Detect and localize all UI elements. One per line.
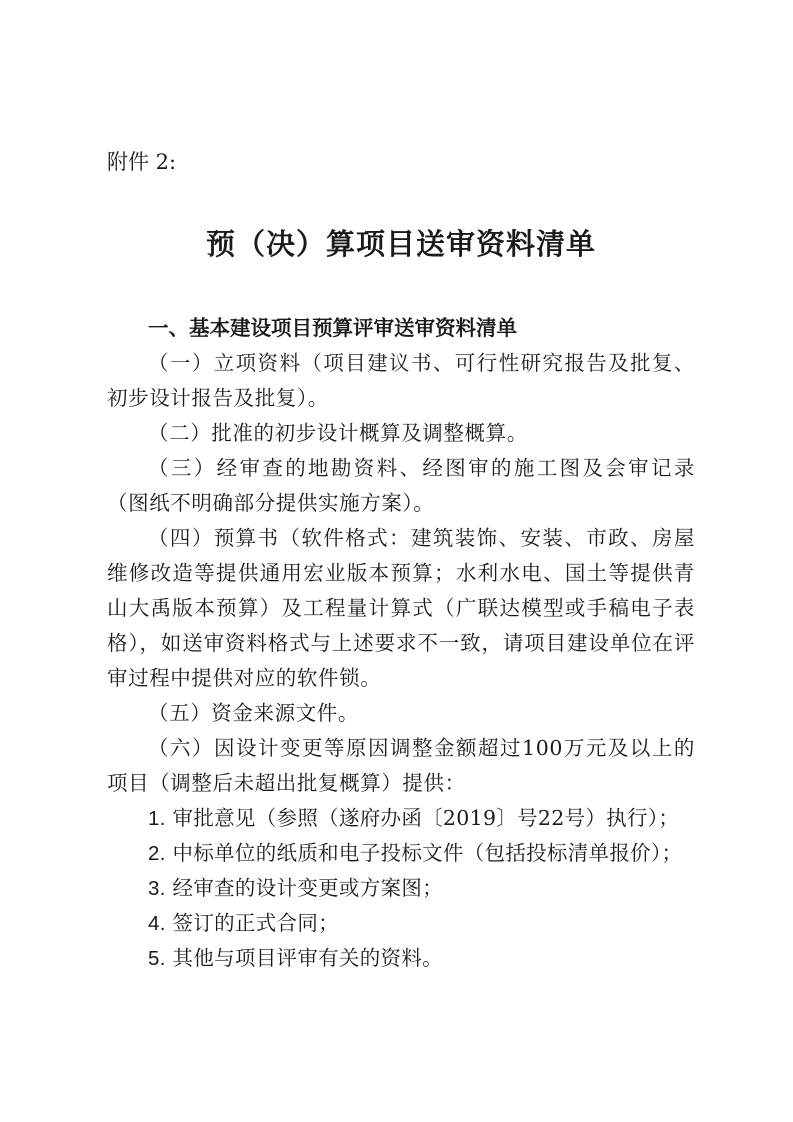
sub-list-item-2: 2. 中标单位的纸质和电子投标文件（包括投标清单报价）； xyxy=(107,836,695,871)
sub-item-text: 中标单位的纸质和电子投标文件（包括投标清单报价）； xyxy=(173,841,683,865)
list-item-4: （四）预算书（软件格式：建筑装饰、安装、市政、房屋维修改造等提供通用宏业版本预算… xyxy=(107,521,695,696)
sub-item-number: 1. xyxy=(148,807,166,830)
sub-list-item-1: 1. 审批意见（参照（遂府办函〔2019〕号22号）执行）； xyxy=(107,801,695,836)
sub-item-number: 2. xyxy=(148,842,166,865)
list-item-5: （五）资金来源文件。 xyxy=(107,696,695,731)
list-item-6: （六）因设计变更等原因调整金额超过100万元及以上的项目（调整后未超出批复概算）… xyxy=(107,731,695,801)
attachment-label: 附件 2: xyxy=(107,148,176,176)
sub-item-number: 5. xyxy=(148,947,166,970)
list-item-2: （二）批准的初步设计概算及调整概算。 xyxy=(107,416,695,451)
sub-item-text: 审批意见（参照（遂府办函〔2019〕号22号）执行）； xyxy=(173,806,680,830)
document-body: 一、基本建设项目预算评审送审资料清单 （一）立项资料（项目建议书、可行性研究报告… xyxy=(107,311,695,976)
sub-list-item-4: 4. 签订的正式合同； xyxy=(107,906,695,941)
sub-item-text: 经审查的设计变更或方案图； xyxy=(173,876,443,900)
sub-item-text: 签订的正式合同； xyxy=(173,911,339,935)
list-item-1: （一）立项资料（项目建议书、可行性研究报告及批复、初步设计报告及批复）。 xyxy=(107,346,695,416)
section-heading: 一、基本建设项目预算评审送审资料清单 xyxy=(107,311,695,346)
page-title: 预（决）算项目送审资料清单 xyxy=(107,224,695,264)
sub-list-item-3: 3. 经审查的设计变更或方案图； xyxy=(107,871,695,906)
list-item-3: （三）经审查的地勘资料、经图审的施工图及会审记录（图纸不明确部分提供实施方案）。 xyxy=(107,451,695,521)
sub-item-text: 其他与项目评审有关的资料。 xyxy=(173,946,443,970)
sub-item-number: 4. xyxy=(148,912,166,935)
sub-list-item-5: 5. 其他与项目评审有关的资料。 xyxy=(107,941,695,976)
sub-item-number: 3. xyxy=(148,877,166,900)
